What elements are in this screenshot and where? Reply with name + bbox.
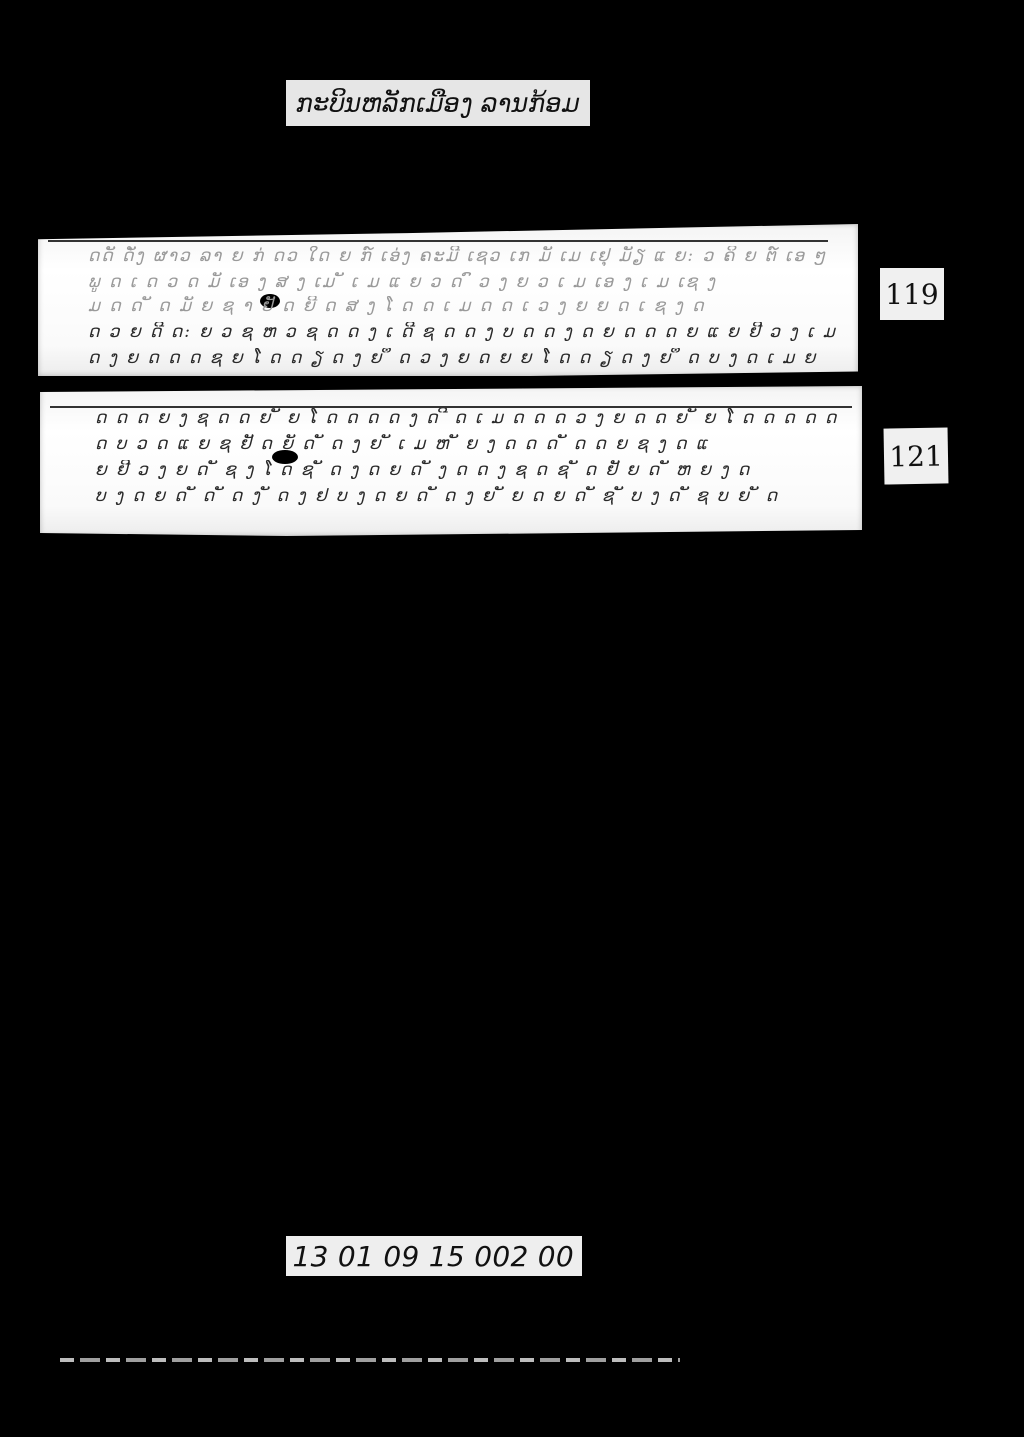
manuscript-leaf-1: ດດັ ດັ່ງ ຜາວ ລາ ຍ ກ່ ດວ ໃດ ຍ ກ໌ ເອ່ງ ຄະມ…: [38, 224, 858, 376]
document-id-label: 13 01 09 15 002 00: [286, 1236, 582, 1276]
leaf-text-line: ດດັ ດັ່ງ ຜາວ ລາ ຍ ກ່ ດວ ໃດ ຍ ກ໌ ເອ່ງ ຄະມ…: [88, 246, 838, 266]
frame-number-text: 121: [889, 439, 943, 473]
frame-number-text: 119: [885, 278, 938, 311]
leaf-text-line: ບ ງ ດ ຍ ດ ັ ດ ັ ດ ງ ັ ດ ງ ຢ ບ ງ ດ ຍ ດ ັ …: [95, 486, 845, 506]
frame-number-121: 121: [884, 427, 949, 484]
leaf-text-line: ພູ ດ ເ ດ ວ ດ ມັ ເອ ງ ສ ງ ເມ ັ ເ ມ ແ ຍ ວ …: [88, 272, 838, 292]
frame-number-119: 119: [880, 268, 944, 320]
manuscript-leaf-2: ດ ດ ດ ຍ ງ ຊ ດ ດ ຍ ັ ຍ ໂ ດ ດ ດ ດ ງ ດ ີ ດ …: [40, 386, 862, 536]
leaf-border-line: [48, 240, 828, 242]
leaf-text-line: ດ ງ ຍ ດ ດ ດ ຊ ຍ ໂ ດ ດ ຽ ດ ງ ຍ ຶ ດ ວ ງ ຍ …: [88, 348, 838, 368]
leaf-text-line: ດ ດ ດ ຍ ງ ຊ ດ ດ ຍ ັ ຍ ໂ ດ ດ ດ ດ ງ ດ ີ ດ …: [95, 408, 845, 428]
document-id-text: 13 01 09 15 002 00: [293, 1240, 575, 1273]
leaf-text-line: ມ ດ ດ ັ ດ ມັ ຍ ຊ າ ຢັ ດ ຍີ ດ ສ ງ ໂ ດ ດ ເ…: [88, 296, 838, 316]
leaf-text-line: ດ ບ ວ ດ ແ ຍ ຊ ຢັ ດ ຍັ ດ ັ ດ ງ ຍ ັ ເ ມ ຫ …: [95, 434, 845, 454]
title-label: ກະບິນຫລັກເມືອງ ລານກ້ອມ: [286, 80, 590, 126]
leaf-text-line: ດ ວ ຍ ດີ ດ: ຍ ວ ຊ ຫ ວ ຊ ດ ດ ງ ເ ດີ ຊ ດ ດ…: [88, 322, 838, 342]
film-edge-scratch: [60, 1358, 680, 1362]
leaf-text-line: ຍ ຢີ ວ ງ ຍ ດ ັ ຊ ງ ໂ ດ ຊ ັ ດ ງ ດ ຍ ດ ັ ງ…: [95, 460, 845, 480]
title-text: ກະບິນຫລັກເມືອງ ລານກ້ອມ: [296, 89, 580, 118]
